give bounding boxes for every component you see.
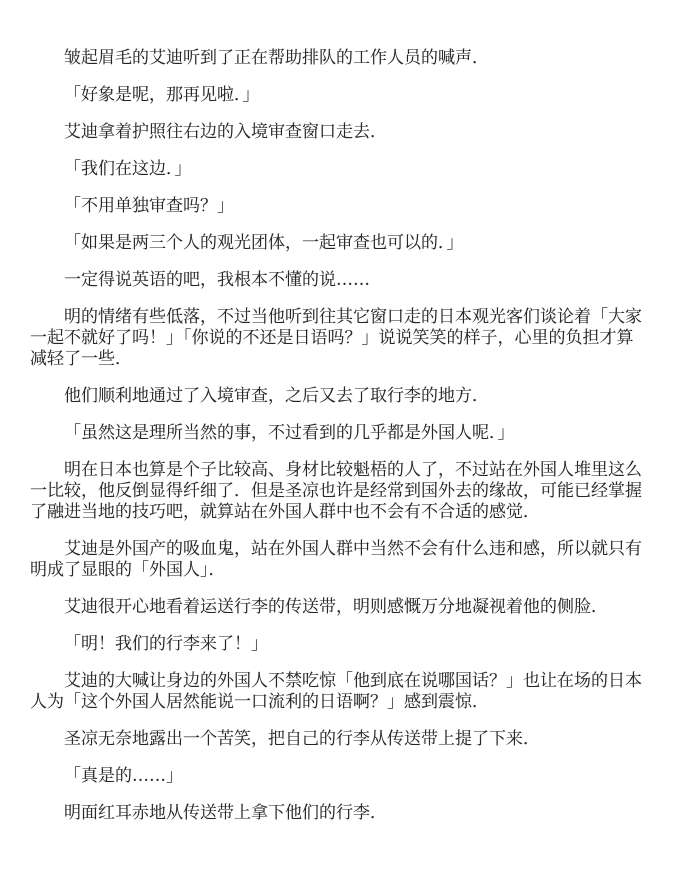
paragraph: 「我们在这边．」 xyxy=(30,159,644,180)
page-body: 皱起眉毛的艾迪听到了正在帮助排队的工作人员的喊声．「好象是呢，那再见啦．」艾迪拿… xyxy=(30,48,644,824)
paragraph: 艾迪拿着护照往右边的入境审查窗口走去． xyxy=(30,122,644,143)
paragraph: 皱起眉毛的艾迪听到了正在帮助排队的工作人员的喊声． xyxy=(30,48,644,69)
paragraph: 「如果是两三个人的观光团体，一起审查也可以的．」 xyxy=(30,233,644,254)
paragraph: 「虽然这是理所当然的事，不过看到的几乎都是外国人呢．」 xyxy=(30,423,644,444)
paragraph: 明的情绪有些低落，不过当他听到往其它窗口走的日本观光客们谈论着「大家 一起不就好… xyxy=(30,307,644,370)
paragraph: 圣凉无奈地露出一个苦笑，把自己的行李从传送带上提了下来． xyxy=(30,729,644,750)
paragraph: 艾迪是外国产的吸血鬼，站在外国人群中当然不会有什么违和感，所以就只有 明成了显眼… xyxy=(30,539,644,581)
paragraph: 「真是的……」 xyxy=(30,766,644,787)
paragraph: 艾迪的大喊让身边的外国人不禁吃惊「他到底在说哪国话？」也让在场的日本 人为「这个… xyxy=(30,671,644,713)
paragraph: 明面红耳赤地从传送带上拿下他们的行李． xyxy=(30,803,644,824)
paragraph: 明在日本也算是个子比较高、身材比较魁梧的人了，不过站在外国人堆里这么 一比较，他… xyxy=(30,460,644,523)
document-page: 皱起眉毛的艾迪听到了正在帮助排队的工作人员的喊声．「好象是呢，那再见啦．」艾迪拿… xyxy=(0,0,680,880)
paragraph: 他们顺利地通过了入境审查，之后又去了取行李的地方． xyxy=(30,386,644,407)
paragraph: 「明！我们的行李来了！」 xyxy=(30,634,644,655)
paragraph: 「好象是呢，那再见啦．」 xyxy=(30,85,644,106)
paragraph: 一定得说英语的吧，我根本不懂的说…… xyxy=(30,270,644,291)
paragraph: 「不用单独审查吗？」 xyxy=(30,196,644,217)
paragraph: 艾迪很开心地看着运送行李的传送带，明则感慨万分地凝视着他的侧脸． xyxy=(30,597,644,618)
